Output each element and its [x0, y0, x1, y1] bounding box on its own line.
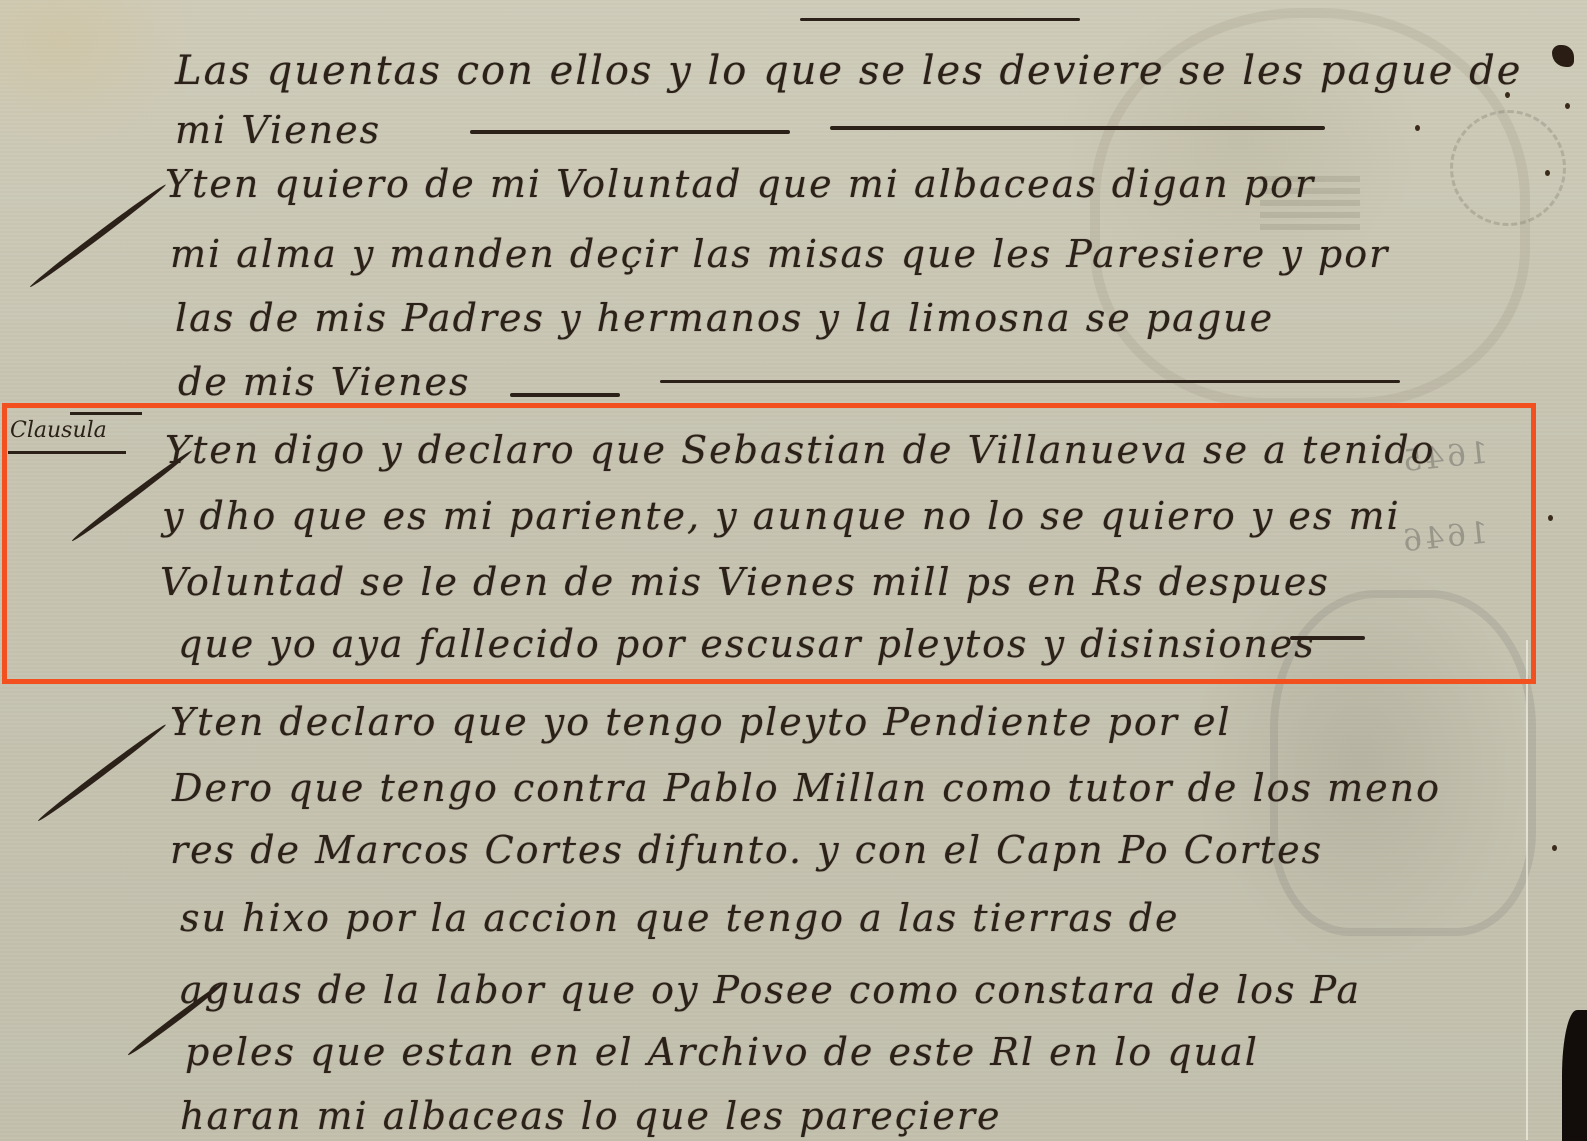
pinhole: [1565, 103, 1570, 109]
clause-highlight-box: [2, 403, 1536, 684]
dark-edge: [1562, 1010, 1587, 1141]
pinhole: [1415, 125, 1420, 131]
text-line: peles que estan en el Archivo de este Rl…: [185, 1030, 1259, 1074]
watermark-ring: [1450, 110, 1566, 226]
text-line: Las quentas con ellos y lo que se les de…: [175, 48, 1522, 94]
text-line: Yten quiero de mi Voluntad que mi albace…: [165, 162, 1315, 206]
text-line: mi Vienes: [175, 108, 381, 152]
pinhole: [1548, 515, 1553, 521]
line-filler-stroke: [800, 18, 1080, 21]
text-line: su hixo por la accion que tengo a las ti…: [180, 896, 1180, 940]
item-flourish-stroke: [36, 722, 167, 823]
text-line: Dero que tengo contra Pablo Millan como …: [172, 766, 1441, 810]
text-line: las de mis Padres y hermanos y la limosn…: [175, 296, 1274, 340]
paper-fold-line: [1526, 640, 1528, 1140]
text-line: mi alma y manden deçir las misas que les…: [170, 232, 1389, 276]
pinhole: [1552, 845, 1557, 851]
line-filler-stroke: [470, 130, 790, 134]
line-filler-stroke: [510, 393, 620, 397]
text-line: Yten declaro que yo tengo pleyto Pendien…: [170, 700, 1232, 744]
line-filler-stroke: [830, 126, 1325, 130]
text-line: haran mi albaceas lo que les pareçiere: [180, 1094, 1001, 1138]
pinhole: [1545, 170, 1550, 176]
text-line: res de Marcos Cortes difunto. y con el C…: [170, 828, 1323, 872]
text-line: de mis Vienes: [178, 360, 471, 404]
ink-blot: [1552, 45, 1574, 67]
text-line: aguas de la labor que oy Posee como cons…: [180, 968, 1361, 1012]
item-flourish-stroke: [28, 182, 167, 289]
line-filler-stroke: [660, 380, 1400, 383]
manuscript-page: 1645 1646 Las quentas con ellos y lo que…: [0, 0, 1587, 1141]
